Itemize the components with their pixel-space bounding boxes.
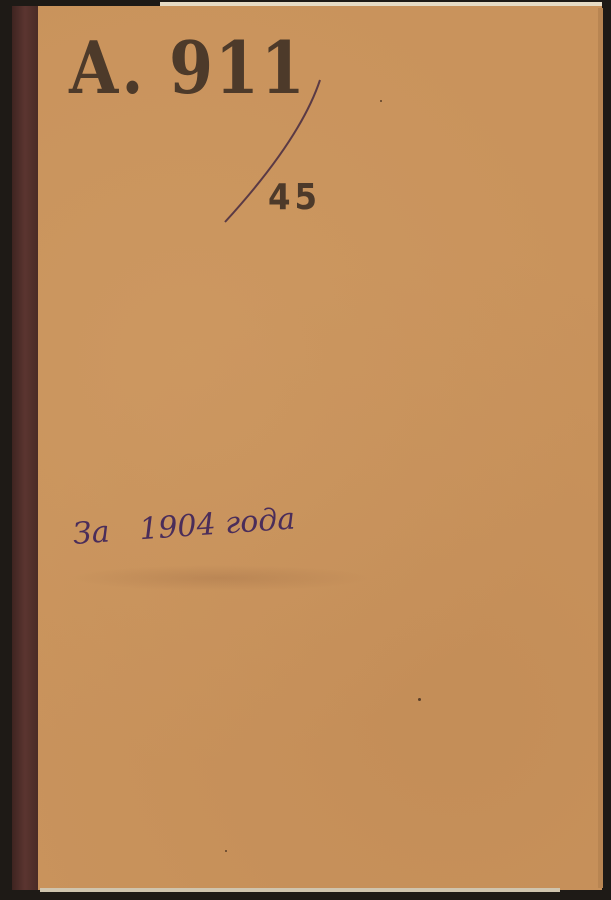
paper-speck xyxy=(225,850,227,852)
slash-mark xyxy=(0,0,611,900)
paper-speck xyxy=(380,100,382,102)
item-number-stamp: 45 xyxy=(268,180,321,216)
paper-speck xyxy=(418,698,421,701)
handwritten-prefix: За xyxy=(72,514,111,551)
ink-smudge xyxy=(70,565,370,591)
